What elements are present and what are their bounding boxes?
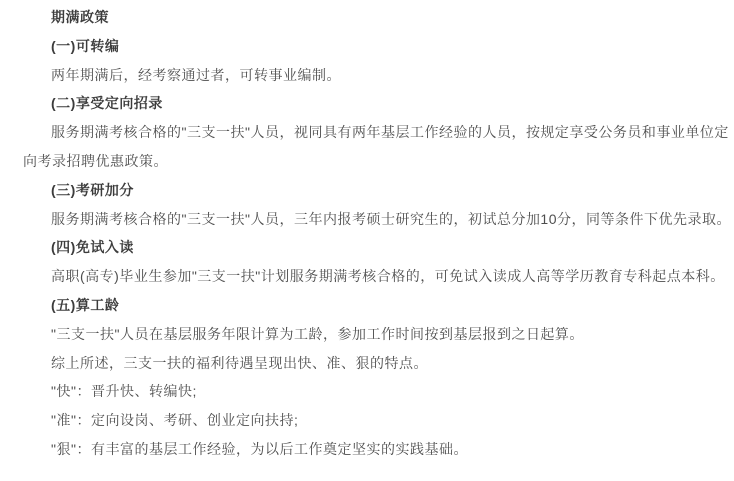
section-targeted-recruitment: (二)享受定向招录 服务期满考核合格的"三支一扶"人员，视同具有两年基层工作经验… [23,89,730,175]
section-transfer: (一)可转编 两年期满后，经考察通过者，可转事业编制。 [23,32,730,90]
section-heading: (一)可转编 [23,32,730,61]
conclusion-line: 综上所述，三支一扶的福利待遇呈现出快、准、狠的特点。 [23,349,730,378]
section-heading: (二)享受定向招录 [23,89,730,118]
section-heading: (四)免试入读 [23,233,730,262]
section-heading: (三)考研加分 [23,176,730,205]
paragraph-line: 服务期满考核合格的"三支一扶"人员，视同具有两年基层工作经验的人员，按规定享受公… [23,118,730,147]
conclusion: 综上所述，三支一扶的福利待遇呈现出快、准、狠的特点。 "快"：晋升快、转编快; … [23,349,730,464]
section-exam-free-admission: (四)免试入读 高职(高专)毕业生参加"三支一扶"计划服务期满考核合格的，可免试… [23,233,730,291]
section-exam-bonus: (三)考研加分 服务期满考核合格的"三支一扶"人员，三年内报考硕士研究生的，初试… [23,176,730,234]
paragraph-line: 服务期满考核合格的"三支一扶"人员，三年内报考硕士研究生的，初试总分加10分，同… [23,205,730,234]
paragraph-line: 向考录招聘优惠政策。 [23,147,730,176]
section-heading: (五)算工龄 [23,291,730,320]
conclusion-line: "狠"：有丰富的基层工作经验，为以后工作奠定坚实的实践基础。 [23,435,730,464]
article-body: 期满政策 (一)可转编 两年期满后，经考察通过者，可转事业编制。 (二)享受定向… [0,0,734,481]
section-seniority: (五)算工龄 "三支一扶"人员在基层服务年限计算为工龄，参加工作时间按到基层报到… [23,291,730,349]
conclusion-line: "快"：晋升快、转编快; [23,377,730,406]
conclusion-line: "准"：定向设岗、考研、创业定向扶持; [23,406,730,435]
paragraph-line: "三支一扶"人员在基层服务年限计算为工龄，参加工作时间按到基层报到之日起算。 [23,320,730,349]
page-title: 期满政策 [23,3,730,32]
paragraph-line: 两年期满后，经考察通过者，可转事业编制。 [23,61,730,90]
paragraph-line: 高职(高专)毕业生参加"三支一扶"计划服务期满考核合格的，可免试入读成人高等学历… [23,262,730,291]
